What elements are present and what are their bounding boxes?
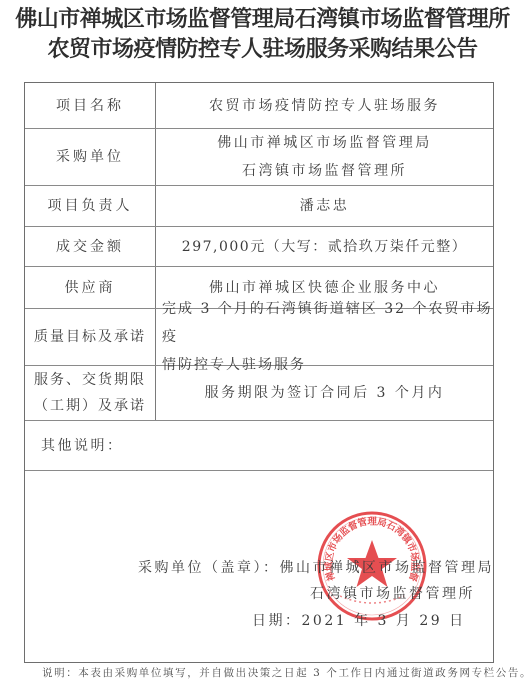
signature-unit-label: 采购单位（盖章）： (138, 560, 280, 576)
label-line: 服务、交货期限 (34, 367, 146, 393)
value-line: 农贸市场疫情防控专人驻场服务 (209, 92, 440, 120)
row-label: 项目负责人 (25, 186, 156, 226)
date-value: 2021 年 3 月 29 日 (302, 613, 466, 629)
row-value: 完成 3 个月的石湾镇街道辖区 32 个农贸市场疫 情防控专人驻场服务 (156, 309, 493, 365)
row-value: 服务期限为签订合同后 3 个月内 (156, 366, 493, 420)
signature-unit-name-1: 佛山市禅城区市场监督管理局 (280, 560, 495, 576)
value-line: 完成 3 个月的石湾镇街道辖区 32 个农贸市场疫 (162, 295, 493, 351)
row-value: 农贸市场疫情防控专人驻场服务 (156, 83, 493, 128)
table-row-quality-goals: 质量目标及承诺 完成 3 个月的石湾镇街道辖区 32 个农贸市场疫 情防控专人驻… (25, 309, 493, 366)
row-label: 服务、交货期限 （工期）及承诺 (25, 366, 156, 420)
other-notes-label: 其他说明： (25, 421, 493, 471)
value-line: 佛山市禅城区市场监督管理局 (217, 129, 432, 157)
row-label: 项目名称 (25, 83, 156, 128)
value-line: 潘志忠 (300, 192, 350, 220)
signature-unit-line-1: 采购单位（盖章）：佛山市禅城区市场监督管理局 (138, 558, 494, 578)
table-row-purchasing-unit: 采购单位 佛山市禅城区市场监督管理局 石湾镇市场监督管理所 (25, 129, 493, 186)
footnote: 说明：本表由采购单位填写，并自做出决策之日起 3 个工作日内通过街道政务网专栏公… (42, 665, 525, 681)
table-row-service-period: 服务、交货期限 （工期）及承诺 服务期限为签订合同后 3 个月内 (25, 366, 493, 421)
row-label: 质量目标及承诺 (25, 309, 156, 365)
signature-date: 日期：2021 年 3 月 29 日 (252, 611, 466, 631)
row-value: 297,000元（大写：贰拾玖万柒仟元整） (156, 227, 493, 266)
signature-unit-name-2: 石湾镇市场监督管理所 (310, 584, 475, 604)
row-label: 采购单位 (25, 129, 156, 185)
value-line: 石湾镇市场监督管理所 (242, 157, 407, 185)
value-line: 服务期限为签订合同后 3 个月内 (205, 379, 445, 407)
document-title-line-1: 佛山市禅城区市场监督管理局石湾镇市场监督管理所 (0, 6, 525, 32)
row-label: 供应商 (25, 267, 156, 308)
label-line: （工期）及承诺 (34, 393, 146, 419)
table-row-project-name: 项目名称 农贸市场疫情防控专人驻场服务 (25, 83, 493, 129)
row-label: 成交金额 (25, 227, 156, 266)
table-row-contract-amount: 成交金额 297,000元（大写：贰拾玖万柒仟元整） (25, 227, 493, 267)
value-line: 297,000元（大写：贰拾玖万柒仟元整） (182, 233, 467, 261)
row-value: 潘志忠 (156, 186, 493, 226)
date-label: 日期： (252, 613, 302, 629)
table-row-project-lead: 项目负责人 潘志忠 (25, 186, 493, 227)
document-title-line-2: 农贸市场疫情防控专人驻场服务采购结果公告 (0, 36, 525, 62)
row-value: 佛山市禅城区市场监督管理局 石湾镇市场监督管理所 (156, 129, 493, 185)
